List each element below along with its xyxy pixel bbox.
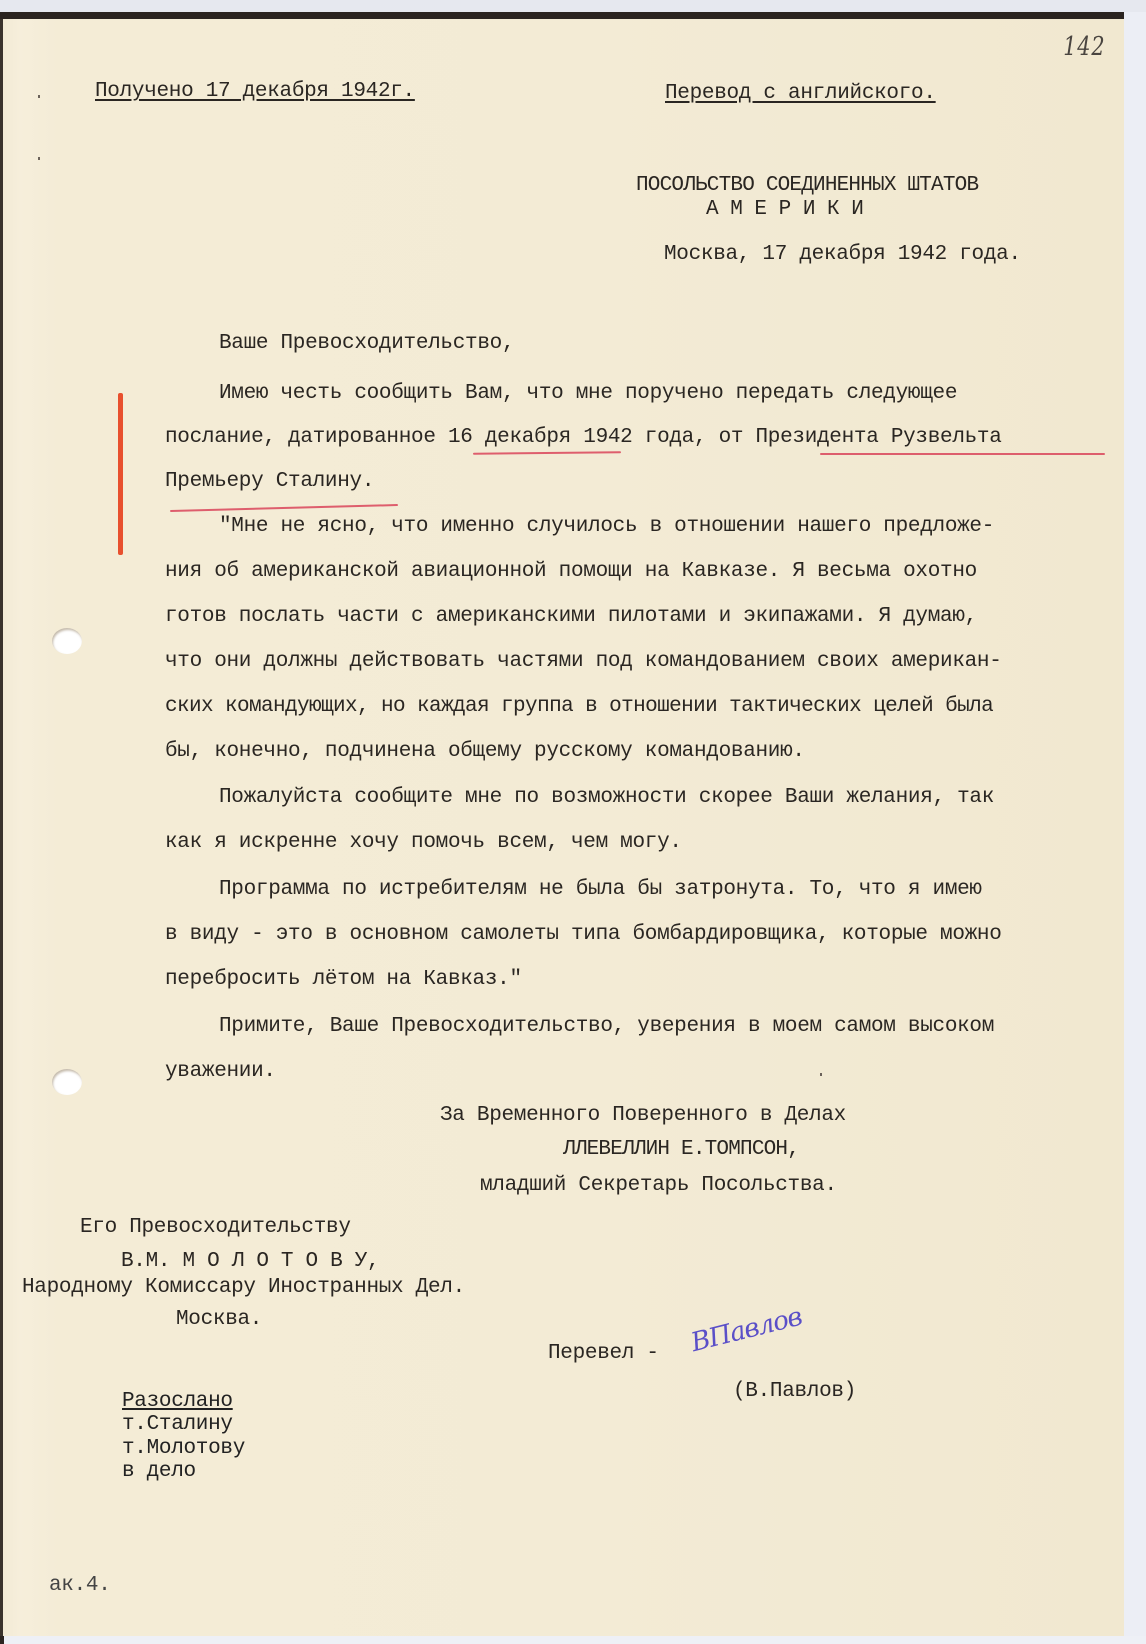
received-date: Получено 17 декабря 1942г. <box>95 80 415 104</box>
body-line: Премьеру Сталину. <box>165 470 374 494</box>
closing-name: ЛЛЕВЕЛЛИН Е.ТОМПСОН, <box>563 1138 799 1162</box>
distribution-item: в дело <box>122 1461 196 1483</box>
red-pencil-margin-mark <box>118 393 123 555</box>
body-line: готов послать части с американскими пило… <box>165 605 977 629</box>
footer-code: ак.4. <box>49 1575 111 1597</box>
punch-hole-upper <box>52 628 82 654</box>
punch-hole-lower <box>52 1069 82 1095</box>
embassy-country: А М Е Р И К И <box>706 198 863 222</box>
red-underline-president <box>820 453 1105 455</box>
closing-line: За Временного Поверенного в Делах <box>440 1104 846 1128</box>
body-line: ния об американской авиационной помощи н… <box>165 560 977 584</box>
margin-speck <box>820 1073 822 1076</box>
folio-number: 142 <box>1063 32 1105 62</box>
addressee-city: Москва. <box>176 1308 262 1332</box>
page-bottom-corner <box>0 1636 4 1644</box>
body-line: Имею честь сообщить Вам, что мне поручен… <box>219 382 957 406</box>
scan-background-bottom <box>0 1636 1146 1644</box>
addressee-line: Его Превосходительству <box>80 1216 351 1240</box>
translator-name: (В.Павлов) <box>733 1380 856 1404</box>
body-line: Примите, Ваше Превосходительство, уверен… <box>219 1015 994 1039</box>
distribution-item: т.Молотову <box>122 1438 245 1460</box>
body-line: "Мне не ясно, что именно случилось в отн… <box>219 515 994 539</box>
distribution-item: т.Сталину <box>122 1414 233 1436</box>
closing-title: младший Секретарь Посольства. <box>480 1174 837 1198</box>
scan-background-top <box>0 0 1146 12</box>
embassy-name: ПОСОЛЬСТВО СОЕДИНЕННЫХ ШТАТОВ <box>636 174 978 198</box>
place-date: Москва, 17 декабря 1942 года. <box>664 243 1021 267</box>
body-line: что они должны действовать частями под к… <box>165 650 1002 674</box>
body-line: перебросить лётом на Кавказ." <box>165 968 522 992</box>
margin-speck <box>38 95 40 98</box>
distribution-title: Разослано <box>122 1391 233 1413</box>
body-line: как я искренне хочу помочь всем, чем мог… <box>165 831 682 855</box>
page-left-edge <box>0 19 3 1636</box>
margin-speck <box>38 157 40 160</box>
salutation: Ваше Превосходительство, <box>219 332 514 356</box>
body-line: уважении. <box>165 1060 276 1084</box>
page-top-shadow <box>0 12 1124 19</box>
translation-note: Перевод с английского. <box>665 82 936 106</box>
body-line: ских командующих, но каждая группа в отн… <box>165 695 993 719</box>
body-line: Пожалуйста сообщите мне по возможности с… <box>219 786 994 810</box>
body-line: Программа по истребителям не была бы зат… <box>219 878 982 902</box>
body-line: послание, датированное 16 декабря 1942 г… <box>165 426 1002 450</box>
translator-label: Перевел - <box>548 1342 659 1366</box>
body-line: бы, конечно, подчинена общему русскому к… <box>165 740 805 764</box>
addressee-name: В.М. М О Л О Т О В У, <box>121 1250 379 1274</box>
body-line: в виду - это в основном самолеты типа бо… <box>165 923 1002 947</box>
addressee-title: Народному Комиссару Иностранных Дел. <box>22 1276 465 1300</box>
